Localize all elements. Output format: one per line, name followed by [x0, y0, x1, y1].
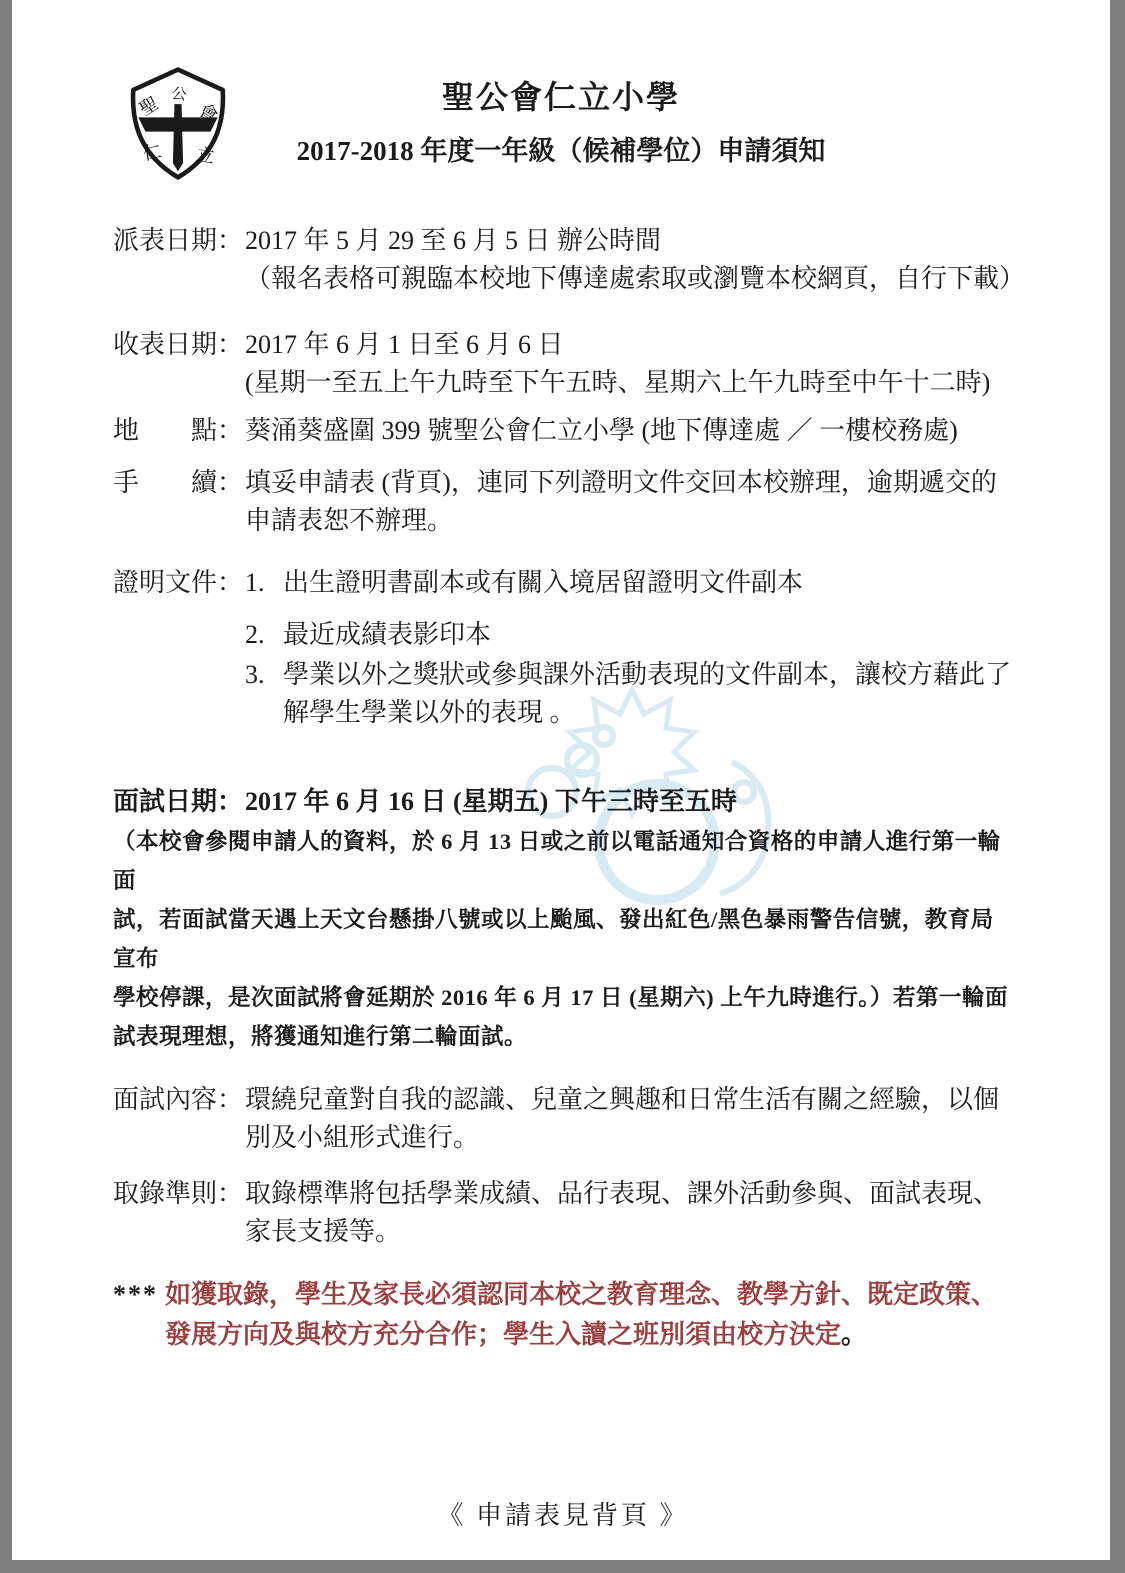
see-reverse-footer: 《 申請表見背頁 》 — [113, 1497, 1013, 1535]
important-notice-line2: 發展方向及與校方充分合作；學生入讀之班別須由校方決定。 — [165, 1315, 1013, 1355]
collection-date-line1: 2017 年 6 月 1 日至 6 月 6 日 — [245, 326, 1013, 364]
document-item-2-number: 2. — [245, 616, 283, 654]
distribution-date-label: 派表日期： — [113, 222, 245, 298]
collection-date-label: 收表日期： — [113, 326, 245, 402]
notice-body: 派表日期： 2017 年 5 月 29 至 6 月 5 日 辦公時間 （報名表格… — [12, 222, 1110, 1535]
important-notice-line1: 如獲取錄，學生及家長必須認同本校之教育理念、教學方針、既定政策、 — [165, 1275, 1013, 1315]
document-item-3-number: 3. — [245, 656, 283, 732]
document-item-3: 3. 學業以外之獎狀或參與課外活動表現的文件副本，讓校方藉此了 解學生學業以外的… — [245, 656, 1013, 732]
location-row: 地 點： 葵涌葵盛圍 399 號聖公會仁立小學 (地下傳達處 ／ 一樓校務處) — [113, 412, 1013, 450]
procedure-row: 手 續： 填妥申請表 (背頁)，連同下列證明文件交回本校辦理，逾期遞交的 申請表… — [113, 464, 1013, 540]
interview-paragraph-line2: 試，若面試當天遇上天文台懸掛八號或以上颱風、發出紅色/黑色暴雨警告信號，教育局宣… — [113, 900, 1013, 978]
interview-first-round-paragraph: （本校會參閱申請人的資料，於 6 月 13 日或之前以電話通知合資格的申請人進行… — [113, 822, 1013, 1056]
document-item-1: 1. 出生證明書副本或有關入境居留證明文件副本 — [245, 564, 1013, 602]
admission-criteria-line2: 家長支援等。 — [245, 1213, 1013, 1251]
procedure-text: 填妥申請表 (背頁)，連同下列證明文件交回本校辦理，逾期遞交的 申請表恕不辦理。 — [245, 464, 1013, 540]
distribution-date-line1: 2017 年 5 月 29 至 6 月 5 日 辦公時間 — [245, 222, 1013, 260]
documents-list: 1. 出生證明書副本或有關入境居留證明文件副本 2. 最近成績表影印本 3. 學… — [245, 564, 1013, 732]
location-text: 葵涌葵盛圍 399 號聖公會仁立小學 (地下傳達處 ／ 一樓校務處) — [245, 412, 1013, 450]
distribution-date-text: 2017 年 5 月 29 至 6 月 5 日 辦公時間 （報名表格可親臨本校地… — [245, 222, 1013, 298]
interview-content-line2: 別及小組形式進行。 — [245, 1119, 1013, 1157]
distribution-date-line2: （報名表格可親臨本校地下傳達處索取或瀏覽本校網頁，自行下載） — [245, 260, 1013, 298]
school-shield-logo: 聖 公 會 仁 立 — [118, 64, 238, 184]
document-page: 聖 公 會 仁 立 聖公會仁立小學 2017-2018 年度一年級（候補學位）申… — [12, 0, 1110, 1560]
procedure-line2: 申請表恕不辦理。 — [245, 502, 1013, 540]
interview-paragraph-line1: （本校會參閱申請人的資料，於 6 月 13 日或之前以電話通知合資格的申請人進行… — [113, 822, 1013, 900]
location-line1: 葵涌葵盛圍 399 號聖公會仁立小學 (地下傳達處 ／ 一樓校務處) — [245, 412, 1013, 450]
interview-date-heading: 2017 年 6 月 16 日 (星期五) 下午三時至五時 — [245, 782, 1013, 822]
interview-date-row: 面試日期： 2017 年 6 月 16 日 (星期五) 下午三時至五時 — [113, 782, 1013, 822]
important-notice-text: 如獲取錄，學生及家長必須認同本校之教育理念、教學方針、既定政策、 發展方向及與校… — [165, 1275, 1013, 1355]
interview-content-row: 面試內容： 環繞兒童對自我的認識、兒童之興趣和日常生活有關之經驗，以個 別及小組… — [113, 1081, 1013, 1157]
collection-date-row: 收表日期： 2017 年 6 月 1 日至 6 月 6 日 (星期一至五上午九時… — [113, 326, 1013, 402]
documents-label: 證明文件： — [113, 564, 245, 732]
procedure-line1: 填妥申請表 (背頁)，連同下列證明文件交回本校辦理，逾期遞交的 — [245, 464, 1013, 502]
document-item-3-text: 學業以外之獎狀或參與課外活動表現的文件副本，讓校方藉此了 解學生學業以外的表現 … — [283, 656, 1011, 732]
logo-char-yan: 仁 — [142, 141, 164, 164]
document-item-1-number: 1. — [245, 564, 283, 602]
admission-criteria-row: 取錄準則： 取錄標準將包括學業成績、品行表現、課外活動參與、面試表現、 家長支援… — [113, 1175, 1013, 1251]
interview-content-label: 面試內容： — [113, 1081, 245, 1157]
document-item-3-line1: 學業以外之獎狀或參與課外活動表現的文件副本，讓校方藉此了 — [283, 656, 1011, 694]
documents-row: 證明文件： 1. 出生證明書副本或有關入境居留證明文件副本 2. 最近成績表影印… — [113, 564, 1013, 732]
admission-criteria-text: 取錄標準將包括學業成績、品行表現、課外活動參與、面試表現、 家長支援等。 — [245, 1175, 1013, 1251]
cross-vertical-bar — [173, 104, 183, 171]
logo-char-gong: 公 — [170, 85, 187, 104]
location-label: 地 點： — [113, 412, 245, 450]
document-viewer: 聖 公 會 仁 立 聖公會仁立小學 2017-2018 年度一年級（候補學位）申… — [0, 0, 1125, 1573]
document-item-3-line2: 解學生學業以外的表現 。 — [283, 694, 1011, 732]
interview-paragraph-line4: 試表現理想，將獲通知進行第二輪面試。 — [113, 1017, 1013, 1056]
procedure-label: 手 續： — [113, 464, 245, 540]
admission-criteria-line1: 取錄標準將包括學業成績、品行表現、課外活動參與、面試表現、 — [245, 1175, 1013, 1213]
interview-content-text: 環繞兒童對自我的認識、兒童之興趣和日常生活有關之經驗，以個 別及小組形式進行。 — [245, 1081, 1013, 1157]
collection-date-line2: (星期一至五上午九時至下午五時、星期六上午九時至中午十二時) — [245, 364, 1013, 402]
interview-content-line1: 環繞兒童對自我的認識、兒童之興趣和日常生活有關之經驗，以個 — [245, 1081, 1013, 1119]
interview-date-label: 面試日期： — [113, 782, 245, 822]
document-item-2: 2. 最近成績表影印本 — [245, 616, 1013, 654]
distribution-date-row: 派表日期： 2017 年 5 月 29 至 6 月 5 日 辦公時間 （報名表格… — [113, 222, 1013, 298]
document-item-2-text: 最近成績表影印本 — [283, 616, 491, 654]
document-item-1-text: 出生證明書副本或有關入境居留證明文件副本 — [283, 564, 803, 602]
admission-criteria-label: 取錄準則： — [113, 1175, 245, 1251]
asterisk-marker: *** — [113, 1275, 165, 1355]
logo-char-laap: 立 — [195, 144, 217, 167]
interview-paragraph-line3: 學校停課，是次面試將會延期於 2016 年 6 月 17 日 (星期六) 上午九… — [113, 978, 1013, 1017]
collection-date-text: 2017 年 6 月 1 日至 6 月 6 日 (星期一至五上午九時至下午五時、… — [245, 326, 1013, 402]
important-notice-row: *** 如獲取錄，學生及家長必須認同本校之教育理念、教學方針、既定政策、 發展方… — [113, 1275, 1013, 1355]
notice-period: 。 — [841, 1320, 867, 1349]
